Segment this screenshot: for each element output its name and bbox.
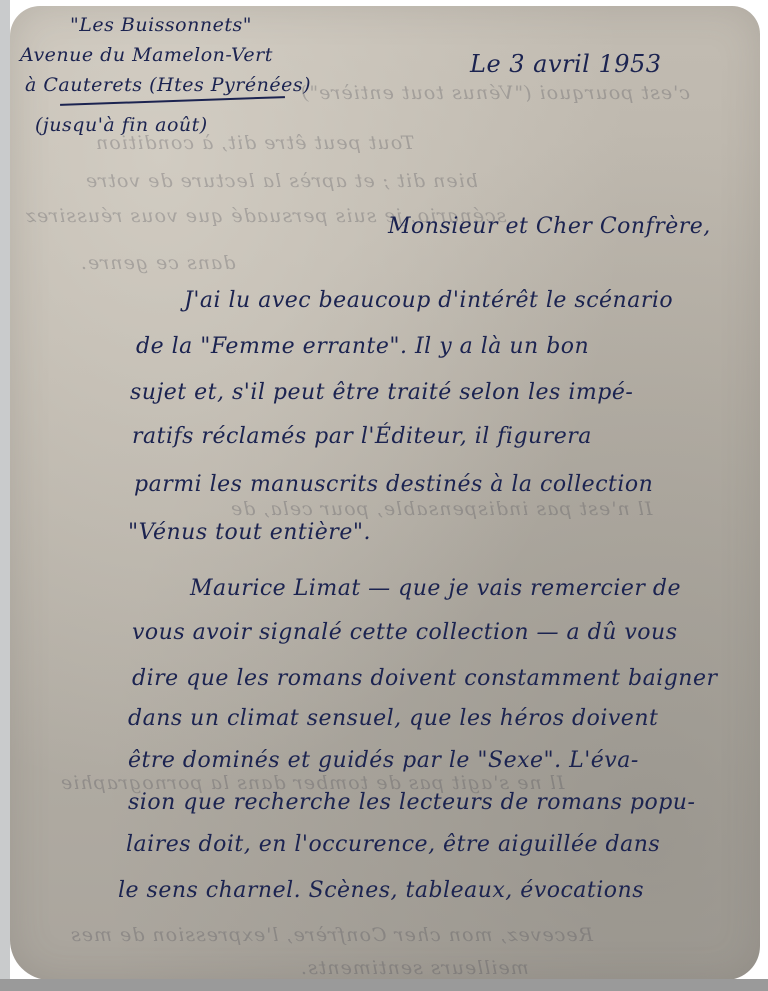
body-line: sion que recherche les lecteurs de roman… <box>128 790 695 815</box>
address-line: Avenue du Mamelon-Vert <box>20 44 273 66</box>
body-line: Maurice Limat — que je vais remercier de <box>190 576 681 601</box>
address-line: "Les Buissonnets" <box>70 14 252 36</box>
scan-border-left <box>0 0 10 991</box>
bleed-through-text: bien dit ; et après la lecture de votre <box>85 170 478 192</box>
address-line: à Cauterets (Htes Pyrénées) <box>25 74 311 96</box>
body-line: "Vénus tout entière". <box>128 520 371 545</box>
body-line: vous avoir signalé cette collection — a … <box>132 620 677 645</box>
bleed-through-text: dans ce genre. <box>80 252 235 274</box>
body-line: laires doit, en l'occurence, être aiguil… <box>126 832 660 857</box>
body-line: le sens charnel. Scènes, tableaux, évoca… <box>118 878 644 903</box>
salutation: Monsieur et Cher Confrère, <box>388 214 711 239</box>
body-line: parmi les manuscrits destinés à la colle… <box>134 472 653 497</box>
body-line: ratifs réclamés par l'Éditeur, il figure… <box>132 424 592 449</box>
body-line: dans un climat sensuel, que les héros do… <box>128 706 658 731</box>
bleed-through-text: c'est pourquoi ("Vénus tout entière") <box>300 82 690 104</box>
letter-photo: c'est pourquoi ("Vénus tout entière") To… <box>0 0 768 991</box>
bleed-through-text: Il n'est pas indispensable, pour cela, d… <box>230 498 652 520</box>
letter-date: Le 3 avril 1953 <box>470 50 662 78</box>
body-line: sujet et, s'il peut être traité selon le… <box>130 380 633 405</box>
address-line: (jusqu'à fin août) <box>35 114 208 136</box>
body-line: de la "Femme errante". Il y a là un bon <box>136 334 589 359</box>
bleed-through-text: Recevez, mon cher Confrère, l'expression… <box>70 924 593 946</box>
body-line: J'ai lu avec beaucoup d'intérêt le scéna… <box>184 288 673 313</box>
scan-border-bottom <box>0 979 768 991</box>
body-line: dire que les romans doivent constamment … <box>132 666 718 691</box>
body-line: être dominés et guidés par le "Sexe". L'… <box>128 748 639 773</box>
bleed-through-text: meilleurs sentiments. <box>300 957 529 979</box>
